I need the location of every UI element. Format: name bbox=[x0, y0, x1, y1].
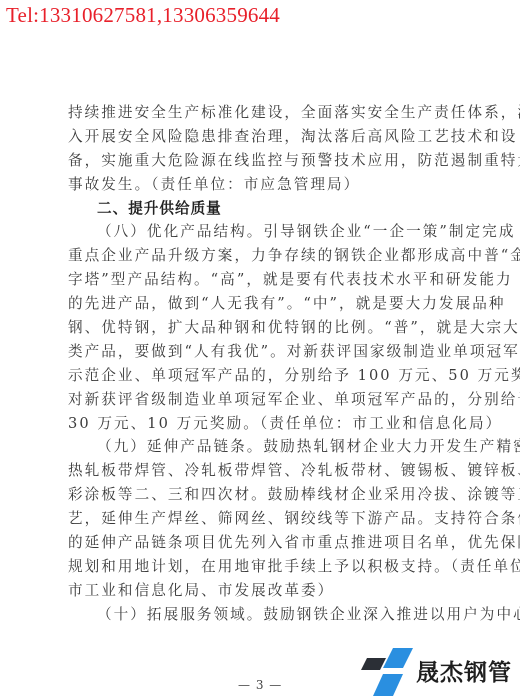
paragraph-line: 持续推进安全生产标准化建设，全面落实安全生产责任体系，深 bbox=[68, 101, 454, 125]
paragraph-line: 30 万元、10 万元奖励。（责任单位：市工业和信息化局） bbox=[68, 412, 454, 436]
paragraph-line: 入开展安全风险隐患排查治理，淘汰落后高风险工艺技术和设 bbox=[68, 125, 454, 149]
paragraph-line: 字塔”型产品结构。“高”，就是要有代表技术水平和研发能力 bbox=[68, 268, 454, 292]
paragraph-line: （九）延伸产品链条。鼓励热轧钢材企业大力开发生产精密 bbox=[68, 435, 454, 459]
paragraph-line: 备，实施重大危险源在线监控与预警技术应用，防范遏制重特大 bbox=[68, 149, 454, 173]
paragraph-line: 示范企业、单项冠军产品的，分别给予 100 万元、50 万元奖励， bbox=[68, 364, 454, 388]
paragraph-line: 重点企业产品升级方案，力争存续的钢铁企业都形成高中普“金 bbox=[68, 244, 454, 268]
paragraph-line: （十）拓展服务领域。鼓励钢铁企业深入推进以用户为中心 bbox=[68, 603, 454, 627]
section-heading: 二、提升供给质量 bbox=[68, 197, 454, 221]
paragraph-line: 的先进产品，做到“人无我有”。“中”，就是要大力发展品种 bbox=[68, 292, 454, 316]
contact-phone-watermark: Tel:13310627581,13306359644 bbox=[6, 2, 280, 28]
paragraph-line: 热轧板带焊管、冷轧板带焊管、冷轧板带材、镀锡板、镀锌板、 bbox=[68, 459, 454, 483]
paragraph-line: 事故发生。（责任单位：市应急管理局） bbox=[68, 173, 454, 197]
company-logo: 晟杰钢管 bbox=[359, 646, 519, 696]
paragraph-line: 艺，延伸生产焊丝、筛网丝、钢绞线等下游产品。支持符合条件 bbox=[68, 507, 454, 531]
paragraph-line: 钢、优特钢，扩大品种钢和优特钢的比例。“普”，就是大宗大 bbox=[68, 316, 454, 340]
page-number: — 3 — bbox=[238, 678, 282, 692]
paragraph-line: 类产品，要做到“人有我优”。对新获评国家级制造业单项冠军 bbox=[68, 340, 454, 364]
paragraph-line: （八）优化产品结构。引导钢铁企业“一企一策”制定完成 bbox=[68, 220, 454, 244]
paragraph-line: 市工业和信息化局、市发展改革委） bbox=[68, 579, 454, 603]
paragraph-line: 规划和用地计划，在用地审批手续上予以积极支持。（责任单位： bbox=[68, 555, 454, 579]
paragraph-line: 彩涂板等二、三和四次材。鼓励棒线材企业采用冷拔、涂镀等工 bbox=[68, 483, 454, 507]
steel-pipe-logo-icon bbox=[359, 646, 421, 698]
paragraph-line: 的延伸产品链条项目优先列入省市重点推进项目名单，优先保障 bbox=[68, 531, 454, 555]
company-logo-text: 晟杰钢管 bbox=[416, 654, 512, 687]
document-body: 持续推进安全生产标准化建设，全面落实安全生产责任体系，深入开展安全风险隐患排查治… bbox=[68, 101, 454, 627]
paragraph-line: 对新获评省级制造业单项冠军企业、单项冠军产品的，分别给予 bbox=[68, 388, 454, 412]
